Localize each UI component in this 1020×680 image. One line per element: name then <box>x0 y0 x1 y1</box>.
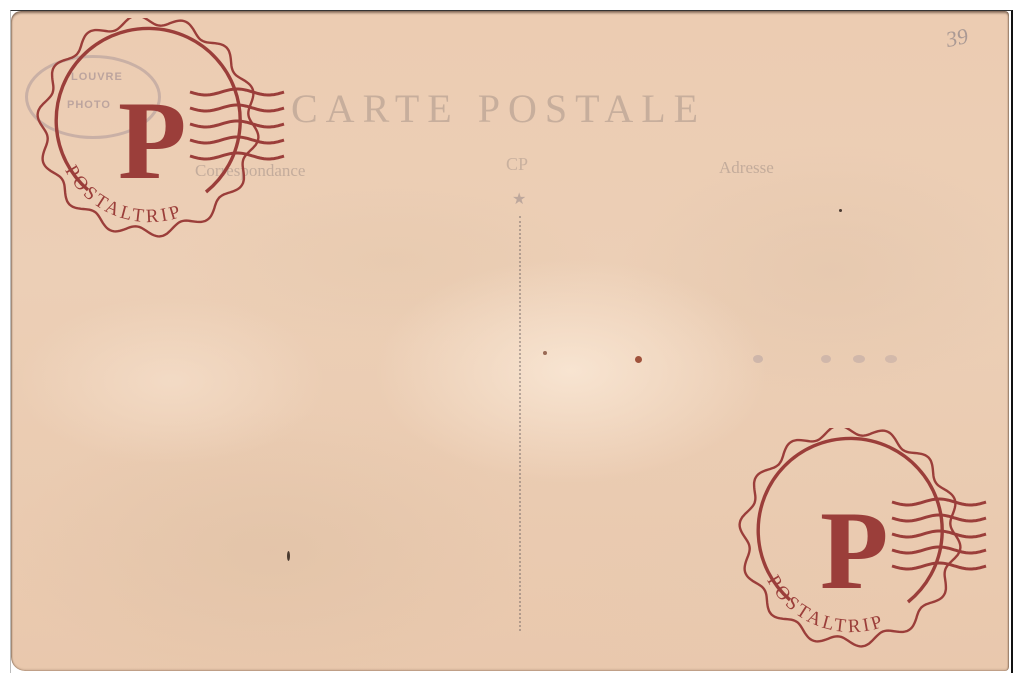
stain-spot <box>287 551 290 561</box>
stain-spot <box>543 351 547 355</box>
handwritten-number: 39 <box>944 23 971 53</box>
star-icon: ★ <box>512 189 526 209</box>
postaltrip-watermark-top: P POSTALTRIP <box>30 18 290 248</box>
svg-text:P: P <box>118 79 186 203</box>
stain-spot <box>753 355 763 363</box>
publisher-mark: CP <box>506 154 528 175</box>
address-label: Adresse <box>719 158 774 178</box>
stain-spot <box>885 355 897 363</box>
stain-spot <box>821 355 831 363</box>
stain-spot <box>839 209 842 212</box>
stain-spot <box>853 355 865 363</box>
svg-text:P: P <box>820 489 888 613</box>
postcard-title: CARTE POSTALE <box>291 85 706 132</box>
postaltrip-watermark-bottom: P POSTALTRIP <box>732 428 992 658</box>
center-divider <box>519 216 521 631</box>
stain-spot <box>635 356 642 363</box>
